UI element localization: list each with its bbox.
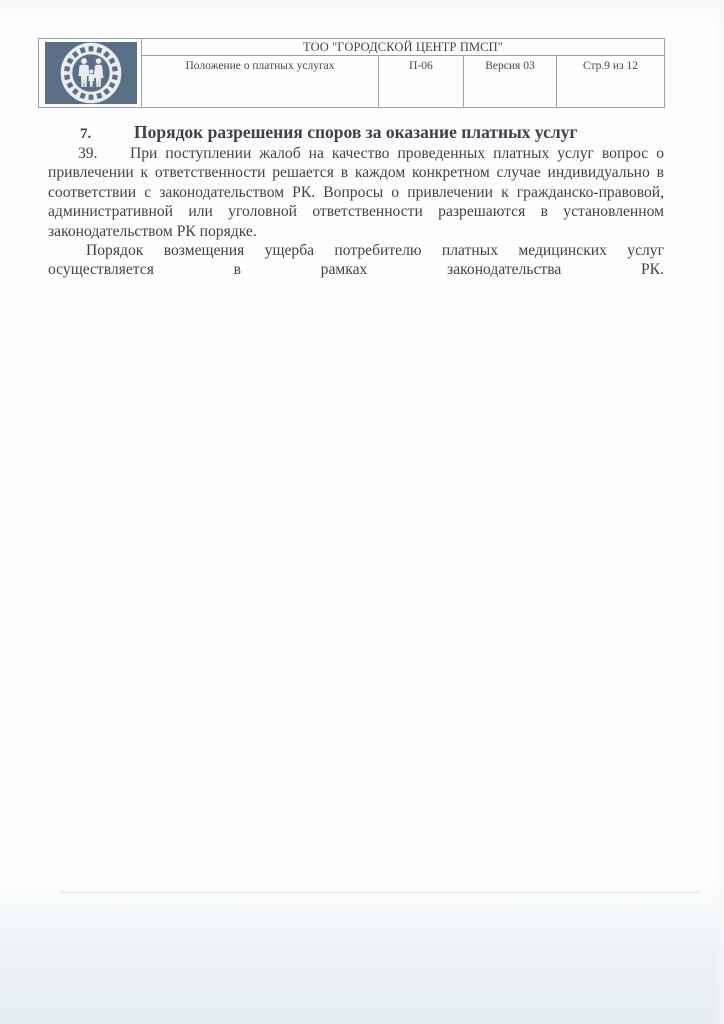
scan-shading-top xyxy=(0,0,724,26)
family-wheel-logo-icon xyxy=(45,42,137,104)
scan-artifact-line xyxy=(60,892,700,893)
document-header-table: ТОО "ГОРОДСКОЙ ЦЕНТР ПМСП" Положение о п… xyxy=(38,38,665,108)
section-number: 7. xyxy=(80,124,134,144)
page-number: Стр.9 из 12 xyxy=(557,56,664,107)
document-meta-row: Положение о платных услугах П-06 Версия … xyxy=(142,56,664,107)
scan-edge-shading xyxy=(716,0,724,1024)
document-body: 7.Порядок разрешения споров за оказание … xyxy=(48,122,664,280)
clause-text: При поступлении жалоб на качество провед… xyxy=(48,145,664,240)
clause-39-paragraph: 39.При поступлении жалоб на качество про… xyxy=(48,144,664,241)
document-title: Положение о платных услугах xyxy=(142,56,379,107)
logo-cell xyxy=(39,39,142,107)
document-code: П-06 xyxy=(379,56,464,107)
section-heading: 7.Порядок разрешения споров за оказание … xyxy=(48,122,664,144)
section-title: Порядок разрешения споров за оказание пл… xyxy=(134,122,577,142)
scan-shading-bottom xyxy=(0,880,724,1024)
organization-name: ТОО "ГОРОДСКОЙ ЦЕНТР ПМСП" xyxy=(142,39,664,56)
document-version: Версия 03 xyxy=(464,56,557,107)
damages-paragraph: Порядок возмещения ущерба потребителю пл… xyxy=(48,241,664,280)
clause-number: 39. xyxy=(78,144,130,163)
